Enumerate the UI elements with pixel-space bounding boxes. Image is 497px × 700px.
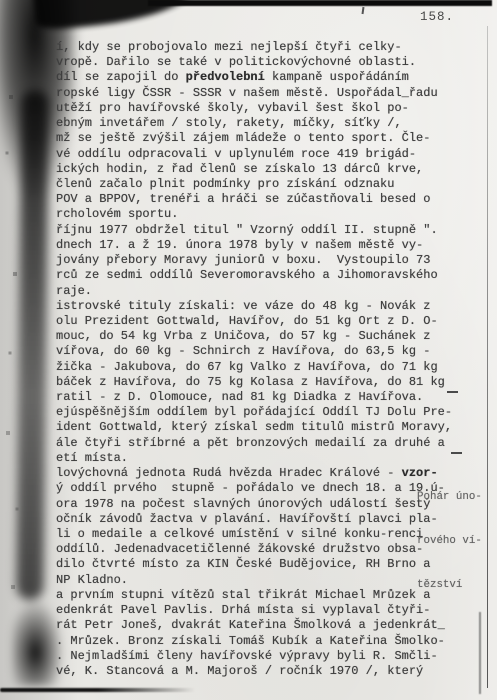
text-line: ident Gottwald, který získal sedm titulů… xyxy=(56,420,460,435)
text-line: očník závodů žactva v plavání. Havířovšt… xyxy=(56,512,460,527)
text-line: vropě. Dařilo se také v politickovýchovn… xyxy=(56,55,460,70)
text-line: ických hodin, z řad členů se získalo 13 … xyxy=(56,162,460,177)
text-line: ále čtyři stříbrné a pět bronzových meda… xyxy=(56,436,460,451)
margin-note-line: rového ví- xyxy=(417,534,493,549)
text-line: díl se zapojil do předvolební kampaně us… xyxy=(56,70,460,85)
text-line: oddílů. Jedenadvacetičlenné žákovské dru… xyxy=(56,542,460,557)
text-line: říjnu 1977 obdržel titul " Vzorný oddíl … xyxy=(56,223,460,238)
text-line: etí místa. xyxy=(56,451,460,466)
binding-shadow-middle xyxy=(16,90,48,600)
text-line: í, kdy se probojovalo mezi nejlepší čtyř… xyxy=(56,40,460,55)
scanned-document-page: 158. í, kdy se probojovalo mezi nejlepší… xyxy=(0,0,497,700)
margin-note: Pohár úno- rového ví- tězství xyxy=(417,461,493,622)
text-line: rcholovém sportu. xyxy=(56,207,460,222)
text-line: . Mrůzek. Bronz získali Tomáš Kubík a Ka… xyxy=(56,634,460,649)
stray-tick-mark xyxy=(362,7,364,14)
text-line: ora 1978 na počest slavných únorových ud… xyxy=(56,497,460,512)
text-line: ratil - z D. Olomouce, nad 81 kg Diadka … xyxy=(56,390,460,405)
text-line: li o medaile a celkové umístění v silné … xyxy=(56,527,460,542)
typewritten-text: í, kdy se probojovalo mezi nejlepší čtyř… xyxy=(56,40,460,679)
text-line: dnech 17. a ž 19. února 1978 byly v naše… xyxy=(56,238,460,253)
text-line: ejúspěšnějším oddílem byl pořádající Odd… xyxy=(56,405,460,420)
text-line: rců ze sedmi oddílů Severomoravského a J… xyxy=(56,268,460,283)
text-line: POV a BPPOV, trenéři a hráči se zúčastňo… xyxy=(56,192,460,207)
page-bottom-edge xyxy=(0,688,195,692)
text-line: báček z Havířova, do 75 kg Kolasa z Haví… xyxy=(56,375,460,390)
text-line: ebným invetářem / stoly, rakety, míčky, … xyxy=(56,116,460,131)
text-line: NP Kladno. xyxy=(56,573,460,588)
text-line: ropské ligy ČSSR - SSSR v našem městě. U… xyxy=(56,86,460,101)
text-line: žička - Jakubova, do 67 kg Valko z Havíř… xyxy=(56,360,460,375)
scan-specks xyxy=(0,0,2,2)
text-line: mouc, do 54 kg Vrba z Uničova, do 57 kg … xyxy=(56,329,460,344)
text-line: rát Petr Joneš, dvakrát Kateřina Šmolkov… xyxy=(56,618,460,633)
text-line: olu Prezident Gottwald, Havířov, do 51 k… xyxy=(56,314,460,329)
text-line: ý oddíl prvého stupně - pořádalo ve dnec… xyxy=(56,481,460,496)
text-line: edenkrát Pavel Pavlis. Drhá místa si vyp… xyxy=(56,603,460,618)
text-line: mž se ještě zvýšil zájem mládeže o tento… xyxy=(56,131,460,146)
text-line: vířova, do 60 kg - Schnirch z Havířova, … xyxy=(56,344,460,359)
text-line: vé, K. Stancová a M. Majoroš / ročník 19… xyxy=(56,664,460,679)
page-right-edge-line-secondary xyxy=(479,612,481,694)
margin-note-line: tězství xyxy=(417,578,493,593)
page-number: 158. xyxy=(420,10,454,24)
page-top-edge xyxy=(148,0,492,6)
text-line: lovýchovná jednota Rudá hvězda Hradec Kr… xyxy=(56,466,460,481)
text-line: vé oddílu odpracovali v uplynulém roce 4… xyxy=(56,147,460,162)
text-line: . Nejmladšími členy havířovské výpravy b… xyxy=(56,649,460,664)
text-line: členů začalo plnit podmínky pro získání … xyxy=(56,177,460,192)
text-line: jovány přebory Moravy juniorů v boxu. Vy… xyxy=(56,253,460,268)
text-line: dilo čtvrté místo za KIN České Budějovic… xyxy=(56,557,460,572)
text-line: a prvním stupni vítězů stal třikrát Mich… xyxy=(56,588,460,603)
text-line: utěží pro havířovské školy, vybavil šest… xyxy=(56,101,460,116)
margin-note-line: Pohár úno- xyxy=(417,490,493,505)
text-line: raje. xyxy=(56,284,460,299)
text-line: istrovské tituly získali: ve váze do 48 … xyxy=(56,299,460,314)
